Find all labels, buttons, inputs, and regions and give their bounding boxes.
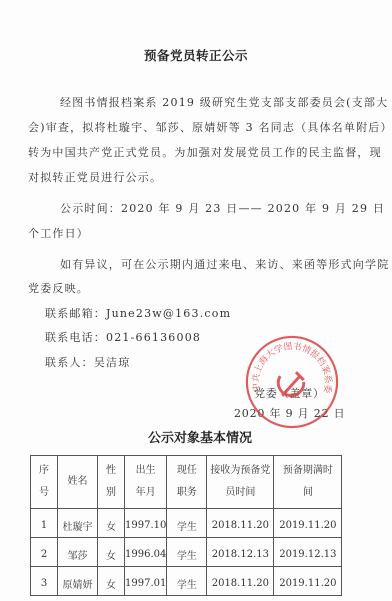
cell-position: 学生	[167, 567, 207, 596]
header-name: 姓名	[58, 456, 98, 509]
header-birth: 出生年月	[125, 456, 167, 509]
table-row: 3 原婧妍 女 1997.01 学生 2018.11.20 2019.11.20	[31, 567, 342, 596]
cell-name: 原婧妍	[58, 567, 98, 596]
cell-index: 1	[31, 509, 58, 538]
paragraph-1-line-1: 经图书情报档案系 2019 级研究生党支部支部委员会(支部大	[60, 94, 388, 110]
document-title: 预备党员转正公示	[0, 46, 392, 64]
table-header-row: 序号 姓名 性别 出生年月 现任职务 接收为预备党员时间 预备期满时间	[31, 456, 342, 509]
document-page: 预备党员转正公示 经图书情报档案系 2019 级研究生党支部支部委员会(支部大 …	[0, 0, 392, 601]
cell-probation-start: 2018.11.20	[207, 509, 274, 538]
paragraph-1-line-2: 会)审查，拟将杜璇宇、邹莎、原婧妍等 3 名同志（具体名单附后）	[28, 119, 392, 135]
paragraph-1-line-4: 对拟转正党员进行公示。	[28, 169, 162, 185]
notice-period-line-2: 个工作日）	[28, 225, 89, 241]
cell-name: 杜璇宇	[58, 509, 98, 538]
cell-probation-start: 2018.12.13	[207, 538, 274, 567]
cell-index: 3	[31, 567, 58, 596]
notice-period-line-1: 公示时间：2020 年 9 月 23 日—— 2020 年 9 月 29 日（共…	[60, 200, 392, 216]
objection-line-1: 如有异议，可在公示期内通过来电、来访、来函等形式向学院	[60, 256, 389, 272]
header-probation-end: 预备期满时间	[274, 456, 342, 509]
header-index: 序号	[31, 456, 58, 509]
cell-position: 学生	[167, 538, 207, 567]
cell-gender: 女	[98, 567, 125, 596]
table-caption: 公示对象基本情况	[0, 427, 392, 446]
cell-position: 学生	[167, 509, 207, 538]
cell-birth: 1996.04	[125, 538, 167, 567]
header-gender: 性别	[98, 456, 125, 509]
cell-gender: 女	[98, 538, 125, 567]
contact-phone: 联系电话：021-66136008	[45, 329, 201, 345]
cell-probation-start: 2018.11.20	[207, 567, 274, 596]
paragraph-1-line-3: 转为中国共产党正式党员。为加强对发展党员工作的民主监督，现	[28, 144, 382, 160]
signature-date: 2020 年 9 月 22 日	[234, 405, 345, 421]
cell-probation-end: 2019.12.13	[274, 538, 342, 567]
header-position: 现任职务	[167, 456, 207, 509]
table-row: 1 杜璇宇 女 1997.10 学生 2018.11.20 2019.11.20	[31, 509, 342, 538]
contact-email: 联系邮箱：June23w@163.com	[45, 305, 231, 321]
cell-gender: 女	[98, 509, 125, 538]
cell-name: 邹莎	[58, 538, 98, 567]
cell-probation-end: 2019.11.20	[274, 567, 342, 596]
cell-index: 2	[31, 538, 58, 567]
table-row: 2 邹莎 女 1996.04 学生 2018.12.13 2019.12.13	[31, 538, 342, 567]
cell-birth: 1997.10	[125, 509, 167, 538]
cell-birth: 1997.01	[125, 567, 167, 596]
signature-org: 党委（盖章）	[254, 385, 325, 401]
contact-person: 联系人：吴洁琼	[45, 354, 130, 370]
objection-line-2: 党委反映。	[28, 280, 89, 296]
header-probation-start: 接收为预备党员时间	[207, 456, 274, 509]
cell-probation-end: 2019.11.20	[274, 509, 342, 538]
candidates-table: 序号 姓名 性别 出生年月 现任职务 接收为预备党员时间 预备期满时间 1 杜璇…	[30, 455, 342, 596]
